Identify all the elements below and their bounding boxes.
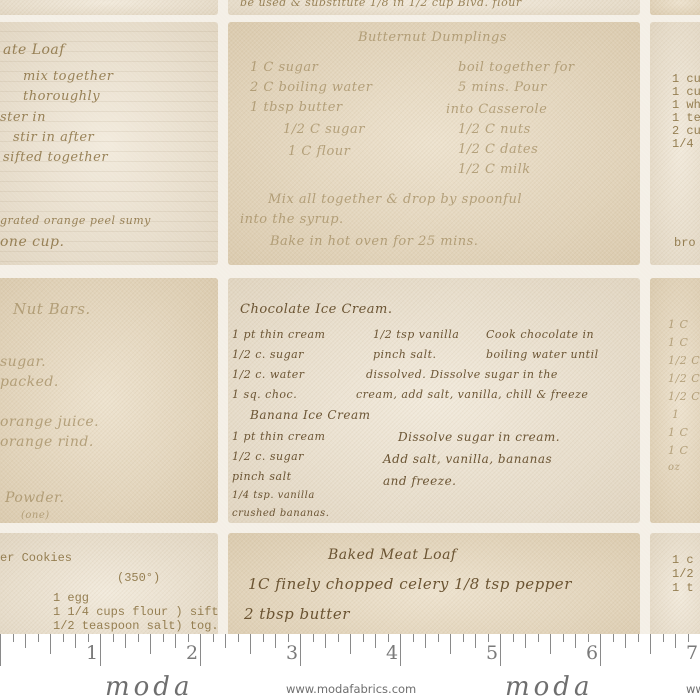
card-text: grated orange peel sumy — [0, 214, 151, 227]
card-text: packed. — [0, 374, 59, 390]
inch-label-4: 4 — [386, 642, 398, 664]
card-text: 1/2 c. water — [232, 368, 305, 381]
card-text: orange juice. — [0, 414, 99, 430]
ruler-tick — [400, 634, 401, 666]
card-text: 1/2 C milk — [458, 162, 531, 177]
ruler-tick — [125, 634, 126, 648]
inch-label-1: 1 — [86, 642, 98, 664]
ruler-tick — [650, 634, 651, 654]
card-text: Powder. — [5, 490, 65, 506]
card-text: 1 wh — [672, 98, 700, 112]
recipe-card-right-top: 1 cu 1 cu 1 wh 1 te 2 cu 1/4 bro — [650, 22, 700, 265]
ruler-tick — [375, 634, 376, 648]
card-text: 1 pt thin cream — [232, 430, 325, 443]
card-text: 1 tbsp butter — [250, 100, 343, 115]
ruler-tick — [50, 634, 51, 654]
card-title: Baked Meat Loaf — [328, 547, 457, 563]
ruler-tick — [13, 634, 14, 642]
ruler-tick — [600, 634, 601, 666]
recipe-card-right-middle: 1 C 1 C 1/2 C 1/2 C 1/2 C 1 1 C 1 C oz — [650, 278, 700, 523]
card-text: 1 C — [668, 336, 688, 349]
ruler-tick — [75, 634, 76, 648]
ruler-tick — [613, 634, 614, 642]
recipe-card-right-bottom: 1 c 1/2 1 t — [650, 533, 700, 634]
card-text: 1 C — [668, 444, 688, 457]
ruler-tick — [88, 634, 89, 642]
ruler-tick — [538, 634, 539, 642]
ruler-tick — [638, 634, 639, 642]
ruler-tick — [550, 634, 551, 654]
card-text: 1 pt thin cream — [232, 328, 325, 341]
card-text: Add salt, vanilla, bananas — [383, 452, 552, 466]
card-text: oz — [668, 462, 680, 473]
ruler-tick — [138, 634, 139, 642]
ruler-tick — [663, 634, 664, 642]
inch-label-7: 7 — [686, 642, 698, 664]
card-text: pinch salt. — [373, 348, 437, 361]
card-text: Bake in hot oven for 25 mins. — [270, 234, 478, 249]
card-text: 2 tbsp butter — [244, 605, 350, 623]
card-text: 2 cu — [672, 124, 700, 138]
ruler-tick — [175, 634, 176, 648]
recipe-card-nut-bars: Nut Bars. sugar. packed. orange juice. o… — [0, 278, 218, 523]
card-text: 1 c — [672, 553, 694, 567]
ruler-tick — [413, 634, 414, 642]
recipe-card-top-strip-right — [650, 0, 700, 15]
ruler-tick — [688, 634, 689, 642]
inch-label-2: 2 — [186, 642, 198, 664]
ruler-tick — [200, 634, 201, 666]
card-text: 5 mins. Pour — [458, 80, 547, 95]
card-text: ster in — [0, 110, 46, 125]
card-text: one cup. — [0, 234, 64, 250]
card-title: Nut Bars. — [13, 300, 91, 318]
card-text: 1/2 — [672, 567, 694, 581]
card-text: 1/2 C dates — [458, 142, 538, 157]
card-text: 1/2 tsp vanilla — [373, 328, 459, 341]
ruler-tick — [38, 634, 39, 642]
card-text: crushed bananas. — [232, 508, 329, 519]
card-title: er Cookies — [0, 551, 72, 565]
card-text: 1 t — [672, 581, 694, 595]
ruler-tick — [450, 634, 451, 654]
card-text: boiling water until — [486, 348, 599, 361]
ruler-tick — [163, 634, 164, 642]
card-text: 1 C flour — [288, 144, 350, 159]
ruler-tick — [525, 634, 526, 648]
card-text: dissolved. Dissolve sugar in the — [366, 368, 558, 381]
card-title: Butternut Dumplings — [358, 30, 507, 45]
inch-label-3: 3 — [286, 642, 298, 664]
card-text: cream, add salt, vanilla, chill & freeze — [356, 388, 588, 401]
ruler-tick — [238, 634, 239, 642]
card-text: boil together for — [458, 60, 575, 75]
card-text: 1 egg — [53, 591, 89, 605]
card-text: 1/2 c. sugar — [232, 450, 304, 463]
ruler-tick — [288, 634, 289, 642]
ruler-tick — [338, 634, 339, 642]
card-text: 1 C sugar — [250, 60, 318, 75]
ruler-tick — [113, 634, 114, 642]
card-text: 2 C boiling water — [250, 80, 372, 95]
card-text: 1/2 C — [668, 372, 700, 385]
card-text: 1/2 C sugar — [283, 122, 365, 137]
ruler-tick — [350, 634, 351, 654]
ruler-tick — [575, 634, 576, 648]
brand-url-repeat: www.modafabrics.com — [686, 682, 700, 696]
ruler-tick — [513, 634, 514, 642]
card-text: sugar. — [0, 354, 46, 370]
card-text: 1/2 C nuts — [458, 122, 531, 137]
ruler-tick — [250, 634, 251, 654]
card-text: 1/4 — [672, 137, 694, 151]
card-text: 1 1/4 cups flour ) sift — [53, 605, 218, 619]
ruler-tick — [100, 634, 101, 666]
ruler-tick — [438, 634, 439, 642]
recipe-card-chocolate-ice-cream: Chocolate Ice Cream. 1 pt thin cream 1/2… — [228, 278, 640, 523]
card-text: orange rind. — [0, 434, 94, 450]
card-text: 1 C — [668, 426, 688, 439]
moda-logo-repeat: moda — [505, 672, 593, 700]
card-text: (350°) — [117, 571, 160, 585]
ruler-tick — [563, 634, 564, 642]
card-text: thoroughly — [23, 89, 100, 104]
ruler-tick — [25, 634, 26, 648]
ruler-tick — [388, 634, 389, 642]
card-text: 1/2 C — [668, 390, 700, 403]
card-text: 1/2 teaspoon salt) tog. — [53, 619, 218, 633]
ruler-tick — [150, 634, 151, 654]
card-text: 1 — [672, 408, 680, 421]
ruler-tick — [363, 634, 364, 642]
ruler-tick — [675, 634, 676, 648]
recipe-card-baked-meat-loaf: Baked Meat Loaf 1C finely chopped celery… — [228, 533, 640, 634]
ruler-tick — [500, 634, 501, 666]
ruler-tick — [425, 634, 426, 648]
recipe-card-left-top: ate Loaf mix together thoroughly ster in… — [0, 22, 218, 265]
card-text: Dissolve sugar in cream. — [398, 430, 560, 444]
card-text: be used & substitute 1/8 in 1/2 cup Blvd… — [240, 0, 522, 9]
card-title: Chocolate Ice Cream. — [240, 302, 393, 317]
moda-logo: moda — [105, 672, 193, 700]
card-subtitle: Banana Ice Cream — [250, 408, 370, 422]
card-text: 1 te — [672, 111, 700, 125]
card-text: 1 cu — [672, 85, 700, 99]
card-text: (one) — [21, 510, 50, 521]
card-text: 1/2 C — [668, 354, 700, 367]
brand-url: www.modafabrics.com — [286, 682, 416, 696]
ruler-tick — [188, 634, 189, 642]
ruler-tick — [325, 634, 326, 648]
ruler-tick — [213, 634, 214, 642]
recipe-card-cookies: er Cookies (350°) 1 egg 1 1/4 cups flour… — [0, 533, 218, 634]
card-text: 1/4 tsp. vanilla — [232, 490, 315, 501]
ruler-tick — [488, 634, 489, 642]
ruler-tick — [313, 634, 314, 642]
card-text: mix together — [23, 69, 114, 84]
recipe-card-butternut-dumplings: Butternut Dumplings 1 C sugar 2 C boilin… — [228, 22, 640, 265]
ruler-tick — [588, 634, 589, 642]
card-text: ate Loaf — [3, 42, 65, 58]
ruler-tick — [0, 634, 1, 666]
card-text: stir in after — [13, 130, 94, 145]
fabric-print: be used & substitute 1/8 in 1/2 cup Blvd… — [0, 0, 700, 634]
ruler-tick — [225, 634, 226, 648]
card-text: Cook chocolate in — [486, 328, 594, 341]
card-text: into Casserole — [446, 102, 547, 117]
recipe-card-top-strip-left — [0, 0, 218, 15]
card-text: 1/2 c. sugar — [232, 348, 304, 361]
ruler-tick — [463, 634, 464, 642]
inch-label-5: 5 — [486, 642, 498, 664]
ruler-tick — [275, 634, 276, 648]
card-text: 1 sq. choc. — [232, 388, 297, 401]
card-text: 1 cu — [672, 72, 700, 86]
card-text: 1 C — [668, 318, 688, 331]
recipe-card-top-strip: be used & substitute 1/8 in 1/2 cup Blvd… — [228, 0, 640, 15]
card-text: Mix all together & drop by spoonful — [268, 192, 522, 207]
card-text: into the syrup. — [240, 212, 344, 227]
card-text: sifted together — [3, 150, 108, 165]
measuring-ruler: 1 2 3 4 5 6 7 moda www.modafabrics.com m… — [0, 634, 700, 700]
ruler-tick — [263, 634, 264, 642]
ruler-tick — [475, 634, 476, 648]
card-text: 1C finely chopped celery 1/8 tsp pepper — [248, 575, 572, 593]
ruler-tick — [63, 634, 64, 642]
ruler-tick — [300, 634, 301, 666]
card-text: pinch salt — [232, 470, 292, 483]
inch-label-6: 6 — [586, 642, 598, 664]
card-text: bro — [674, 236, 696, 250]
ruler-tick — [625, 634, 626, 648]
card-text: and freeze. — [383, 474, 457, 488]
